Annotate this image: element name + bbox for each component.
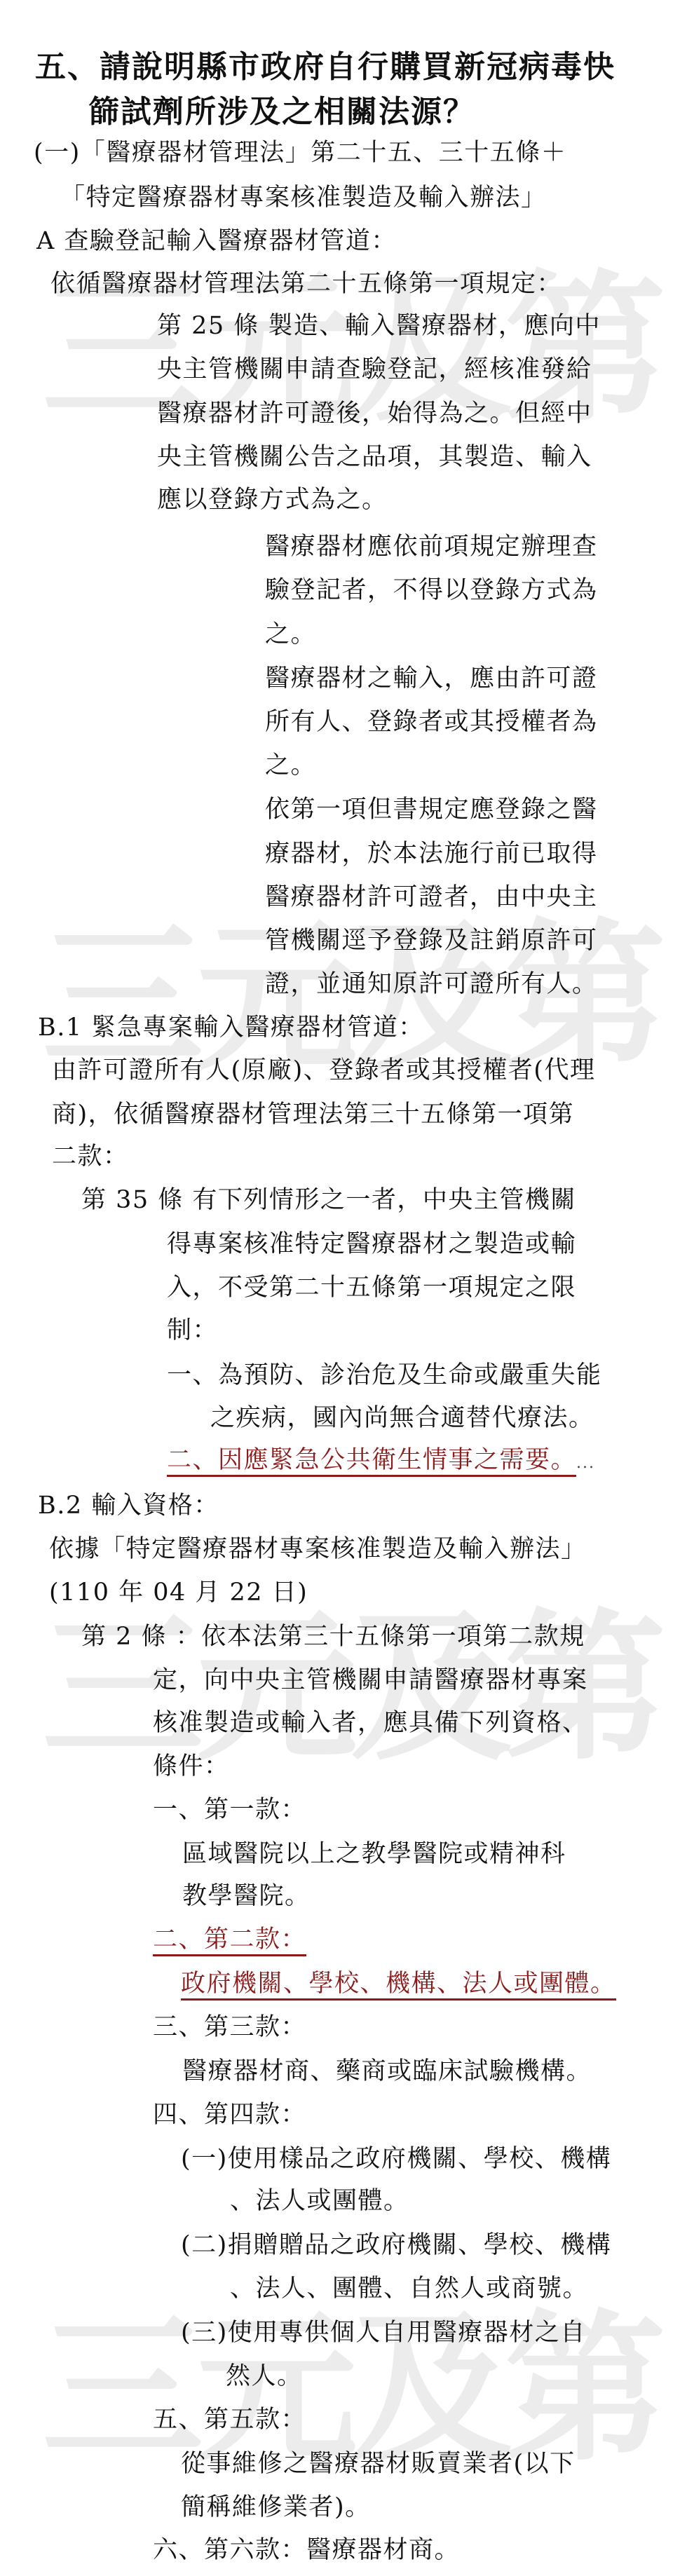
- section-heading-cont: 「特定醫療器材專案核准製造及輸入辦法」: [60, 182, 547, 213]
- article-25-line: 第 25 條 製造、輸入醫療器材，應向中: [157, 311, 601, 341]
- article-25-paragraph: 依第一項但書規定應登錄之醫: [265, 794, 598, 825]
- clause-4-sub-3-cont: 然人。: [226, 2361, 303, 2392]
- article-25-line: 醫療器材許可證後，始得為之。但經中: [157, 398, 592, 429]
- article-25-line: 應以登錄方式為之。: [157, 484, 388, 515]
- clause-4-sub-2: (二)捐贈贈品之政府機關、學校、機構: [181, 2230, 611, 2261]
- part-b2-date: (110 年 04 月 22 日): [49, 1577, 308, 1608]
- clause-4-sub-1: (一)使用樣品之政府機關、學校、機構: [181, 2144, 611, 2174]
- clause-2-text: 政府機關、學校、機構、法人或團體。: [181, 1968, 616, 1999]
- watermark-char: 三: [42, 2306, 189, 2474]
- article-2-line: 定，向中央主管機關申請醫療器材專案: [153, 1665, 588, 1696]
- article-35-line: 第 35 條 有下列情形之一者，中央主管機關: [81, 1185, 576, 1215]
- question-title: 五、請說明縣市政府自行購買新冠病毒快: [35, 48, 615, 87]
- article-25-paragraph: 之。: [265, 619, 316, 650]
- article-35-line: 入，不受第二十五條第一項規定之限: [167, 1272, 576, 1303]
- part-a-intro: 依循醫療器材管理法第二十五條第一項規定：: [50, 268, 562, 299]
- part-b2-heading: B.2 輸入資格：: [38, 1490, 219, 1521]
- part-b1-heading: B.1 緊急專案輸入醫療器材管道：: [38, 1012, 424, 1043]
- clause-1-text: 區域醫院以上之教學醫院或精神科: [182, 1839, 566, 1869]
- article-2-line: 條件：: [153, 1751, 230, 1782]
- article-25-paragraph: 醫療器材之輸入，應由許可證: [265, 663, 598, 694]
- article-25-paragraph: 療器材，於本法施行前已取得: [265, 838, 598, 869]
- clause-2-label: 二、第二款：: [153, 1924, 306, 1955]
- article-35-item-1-cont: 之疾病，國內尚無合適替代療法。: [210, 1403, 594, 1433]
- article-25-line: 央主管機關公告之品項，其製造、輸入: [157, 442, 592, 472]
- article-35-item-2: 二、因應緊急公共衛生情事之需要。...: [167, 1445, 595, 1479]
- article-2-line: 第 2 條 ：依本法第三十五條第一項第二款規: [81, 1621, 585, 1652]
- clause-3-text: 醫療器材商、藥商或臨床試驗機構。: [182, 2056, 592, 2087]
- clause-5-text: 從事維修之醫療器材販賣業者(以下: [181, 2448, 576, 2479]
- clause-4-sub-3: (三)使用專供個人自用醫療器材之自: [181, 2317, 586, 2348]
- article-35-item-1: 一、為預防、診治危及生命或嚴重失能: [167, 1360, 602, 1391]
- part-a-heading: A 查驗登記輸入醫療器材管道：: [36, 226, 397, 257]
- highlighted-clause: 二、因應緊急公共衛生情事之需要。: [167, 1446, 576, 1477]
- clause-3-label: 三、第三款：: [153, 2012, 306, 2043]
- article-35-line: 制：: [167, 1315, 218, 1346]
- article-25-line: 央主管機關申請查驗登記，經核准發給: [157, 354, 592, 385]
- clause-5-text: 簡稱維修業者)。: [181, 2492, 371, 2523]
- article-25-paragraph: 醫療器材許可證者，由中央主: [265, 882, 598, 913]
- clause-6: 六、第六款：醫療器材商。: [153, 2535, 460, 2565]
- ellipsis: ...: [576, 1454, 595, 1472]
- highlighted-clause-label: 二、第二款：: [153, 1926, 306, 1956]
- clause-5-label: 五、第五款：: [153, 2404, 306, 2435]
- part-b1-intro: 商)，依循醫療器材管理法第三十五條第一項第: [52, 1099, 574, 1130]
- article-25-paragraph: 驗登記者，不得以登錄方式為: [265, 575, 598, 606]
- clause-1-label: 一、第一款：: [153, 1794, 306, 1825]
- clause-1-text: 教學醫院。: [182, 1881, 311, 1911]
- part-b1-intro: 二款：: [52, 1141, 129, 1172]
- part-b2-basis: 依據「特定醫療器材專案核准製造及輸入辦法」: [49, 1534, 587, 1565]
- article-25-paragraph: 之。: [265, 750, 316, 781]
- article-25-paragraph: 證，並通知原許可證所有人。: [265, 969, 598, 1000]
- clause-4-sub-1-cont: 、法人或團體。: [230, 2186, 409, 2216]
- clause-4-label: 四、第四款：: [153, 2099, 306, 2130]
- question-title-cont: 篩試劑所涉及之相關法源？: [88, 93, 475, 132]
- article-25-paragraph: 管機關逕予登錄及註銷原許可: [265, 925, 598, 956]
- article-25-paragraph: 所有人、登錄者或其授權者為: [265, 707, 598, 737]
- article-25-paragraph: 醫療器材應依前項規定辦理查: [265, 531, 598, 562]
- part-b1-intro: 由許可證所有人(原廠)、登錄者或其授權者(代理: [52, 1055, 595, 1086]
- article-2-line: 核准製造或輸入者，應具備下列資格、: [153, 1708, 588, 1738]
- article-35-line: 得專案核准特定醫療器材之製造或輸: [167, 1229, 576, 1260]
- clause-4-sub-2-cont: 、法人、團體、自然人或商號。: [230, 2273, 588, 2304]
- highlighted-clause-text: 政府機關、學校、機構、法人或團體。: [181, 1970, 616, 2001]
- section-heading: (一)「醫療器材管理法」第二十五、三十五條＋: [34, 137, 566, 168]
